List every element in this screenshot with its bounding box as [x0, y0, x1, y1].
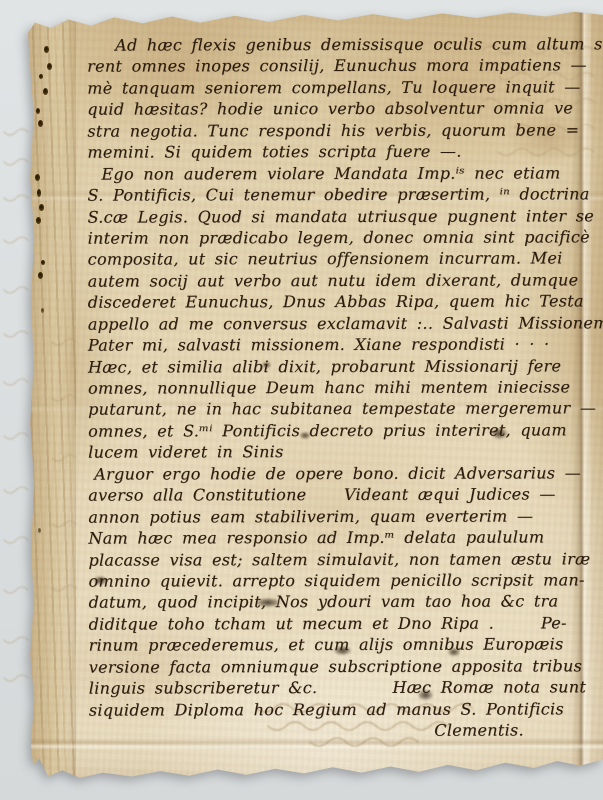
manuscript-line: appello ad me conversus exclamavit :.. S…	[88, 312, 579, 335]
manuscript-line: annon potius eam stabiliverim, quam ever…	[88, 505, 579, 528]
wormhole	[39, 74, 43, 79]
wormhole	[39, 204, 44, 211]
wormhole	[38, 120, 43, 127]
manuscript-line: diditque toho tcham ut mecum et Dno Ripa…	[89, 612, 580, 635]
manuscript-line: stra negotia. Tunc respondi his verbis, …	[87, 119, 578, 142]
manuscript-line: Ego non auderem violare Mandata Imp.ⁱˢ n…	[87, 162, 578, 185]
manuscript-line: omnes, nonnullique Deum hanc mihi mentem…	[88, 376, 579, 399]
manuscript-line: lucem videret in Sinis	[88, 441, 579, 464]
manuscript-line: Pater mi, salvasti missionem. Xiane resp…	[88, 333, 579, 356]
manuscript-line: Ad hæc flexis genibus demissisque oculis…	[87, 33, 578, 56]
manuscript-line: averso alla Constitutione Videant æqui J…	[88, 484, 579, 507]
manuscript-line: rinum præcederemus, et cum alijs omnibus…	[89, 634, 580, 657]
manuscript-line: quid hæsitas? hodie unico verbo absolven…	[87, 98, 578, 121]
wormhole	[38, 528, 41, 533]
scan-bed: Ad hæc flexis genibus demissisque oculis…	[0, 0, 603, 800]
wormhole	[41, 260, 45, 265]
manuscript-page: Ad hæc flexis genibus demissisque oculis…	[28, 8, 603, 778]
page-edge-stack	[28, 8, 76, 778]
bleedthrough-writing	[0, 120, 30, 700]
manuscript-line: omnes, et S.ᵐⁱ Pontificis decreto prius …	[88, 419, 579, 442]
manuscript-line: mè tanquam seniorem compellans, Tu loque…	[87, 76, 578, 99]
manuscript-line: interim non prædicabo legem, donec omnia…	[88, 226, 579, 249]
manuscript-line: datum, quod incipit, Nos ydouri vam tao …	[89, 591, 580, 614]
wormhole	[47, 63, 52, 70]
wormhole	[38, 272, 43, 279]
manuscript-line: S. Pontificis, Cui tenemur obedire præse…	[87, 183, 578, 206]
manuscript-line: linguis subscriberetur &c. Hæc Romæ nota…	[89, 676, 580, 699]
wormhole	[36, 108, 40, 114]
manuscript-line: Arguor ergo hodie de opere bono. dicit A…	[88, 462, 579, 485]
manuscript-line: discederet Eunuchus, Dnus Abbas Ripa, qu…	[88, 291, 579, 314]
manuscript-line: versione facta omniumque subscriptione a…	[89, 655, 580, 678]
manuscript-line: autem socij aut verbo aut nutu idem dixe…	[88, 269, 579, 292]
manuscript-line: putarunt, ne in hac subitanea tempestate…	[88, 398, 579, 421]
manuscript-line: siquidem Diploma hoc Regium ad manus S. …	[89, 698, 580, 721]
manuscript-line: omnino quievit. arrepto siquidem penicil…	[88, 569, 579, 592]
wormhole	[41, 308, 44, 313]
manuscript-line: S.cæ Legis. Quod si mandata utriusque pu…	[88, 205, 579, 228]
wormhole	[36, 217, 41, 224]
manuscript-text: Ad hæc flexis genibus demissisque oculis…	[87, 33, 580, 742]
manuscript-line: Hæc, et similia alibi dixit, probarunt M…	[88, 355, 579, 378]
manuscript-line: composita, ut sic neutrius offensionem i…	[88, 248, 579, 271]
manuscript-signature-line: Clementis.	[89, 719, 580, 742]
manuscript-line: rent omnes inopes consilij, Eunuchus mor…	[87, 55, 578, 78]
wormhole	[37, 189, 41, 197]
manuscript-line: Nam hæc mea responsio ad Imp.ᵐ delata pa…	[88, 526, 579, 549]
wormhole	[44, 46, 49, 53]
wormhole	[43, 88, 48, 95]
manuscript-page-wrapper: Ad hæc flexis genibus demissisque oculis…	[28, 8, 603, 778]
wormhole	[35, 174, 40, 181]
manuscript-line: memini. Si quidem toties scripta fuere —…	[87, 141, 578, 164]
manuscript-line: placasse visa est; saltem simulavit, non…	[88, 548, 579, 571]
